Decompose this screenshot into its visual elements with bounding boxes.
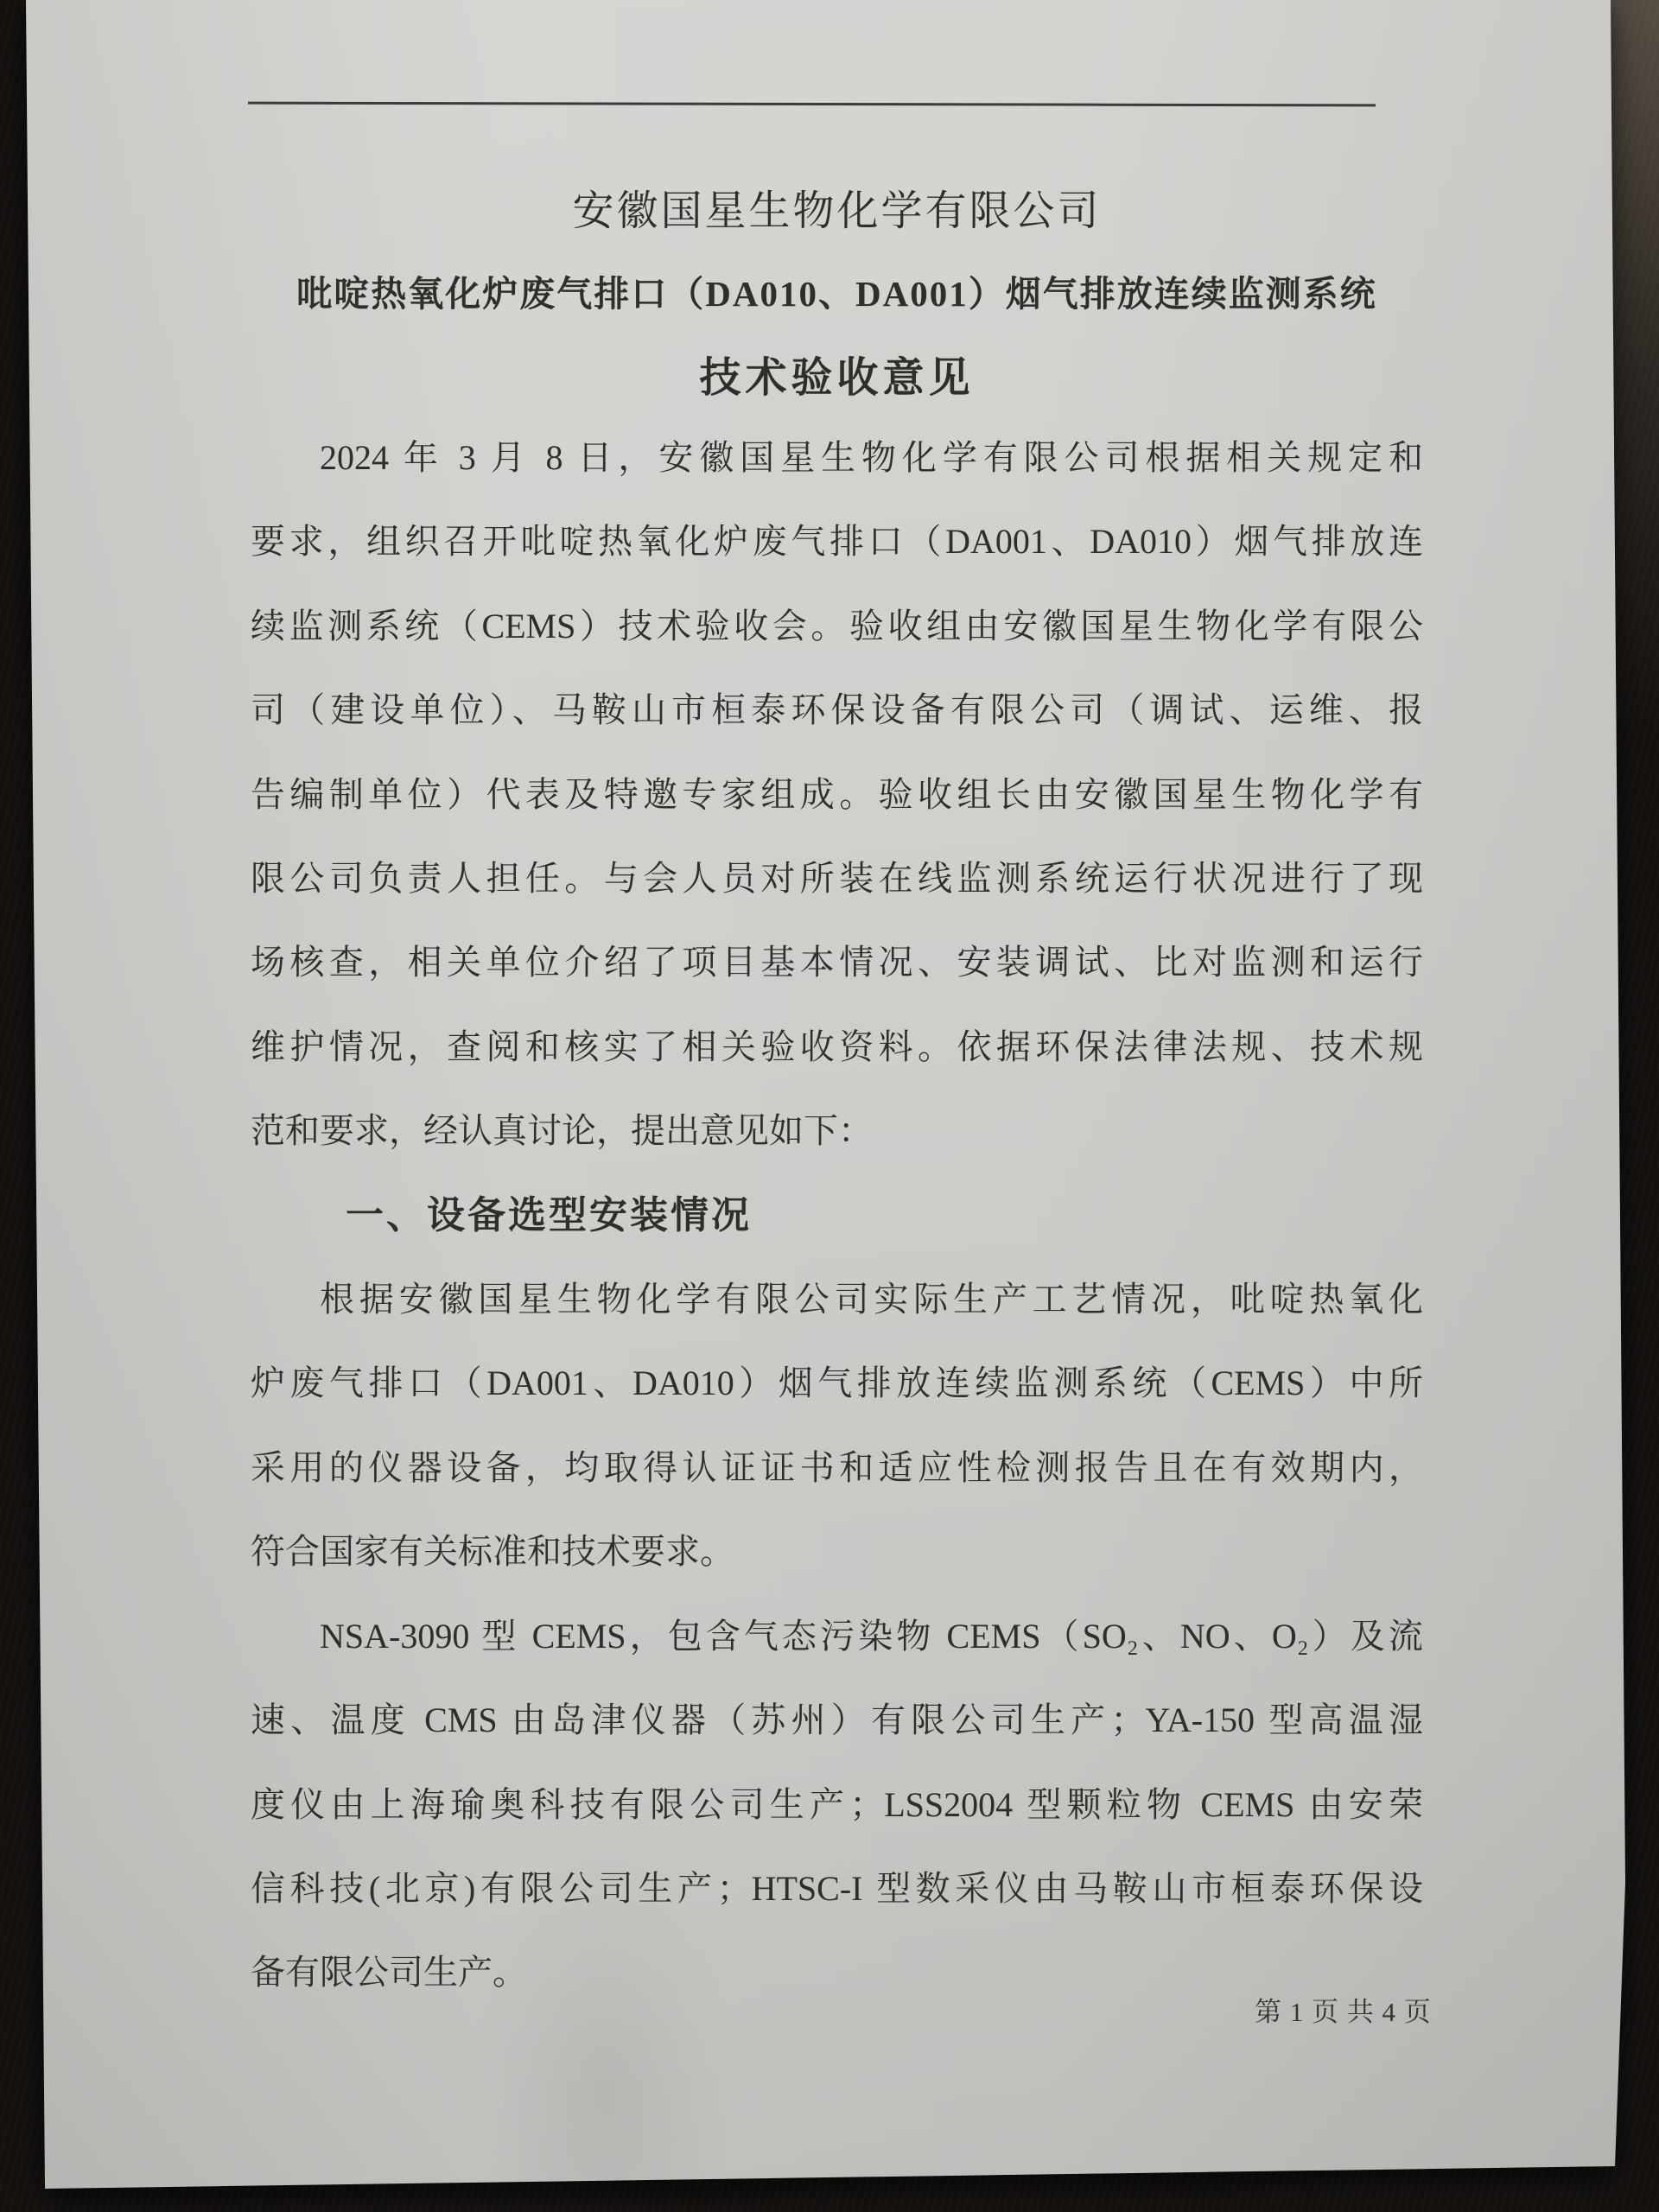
paragraph2-line: 根据安徽国星生物化学有限公司实际生产工艺情况，吡啶热氧化 bbox=[251, 1257, 1423, 1341]
document-content: 安徽国星生物化学有限公司 吡啶热氧化炉废气排口（DA010、DA001）烟气排放… bbox=[0, 0, 1659, 2212]
paragraph1-line: 续监测系统（CEMS）技术验收会。验收组由安徽国星生物化学有限公 bbox=[251, 584, 1423, 668]
paragraph3-line: 备有限公司生产。 bbox=[251, 1930, 1423, 2014]
title-doc-type: 技术验收意见 bbox=[251, 344, 1423, 404]
paragraph1-line: 限公司负责人担任。与会人员对所装在线监测系统运行状况进行了现 bbox=[251, 836, 1423, 920]
paragraph1-line: 场核查，相关单位介绍了项目基本情况、安装调试、比对监测和运行 bbox=[251, 920, 1423, 1004]
paragraph3-line: 信科技(北京)有限公司生产；HTSC-I 型数采仪由马鞍山市桓泰环保设 bbox=[251, 1847, 1423, 1930]
paragraph2-line: 符合国家有关标准和技术要求。 bbox=[251, 1510, 1423, 1593]
page-number: 第 1 页 共 4 页 bbox=[1255, 1990, 1432, 2029]
paragraph1-line: 范和要求，经认真讨论，提出意见如下： bbox=[251, 1089, 1423, 1173]
paragraph1-line: 2024 年 3 月 8 日，安徽国星生物化学有限公司根据相关规定和 bbox=[251, 416, 1423, 499]
paragraph2-line: 采用的仪器设备，均取得认证证书和适应性检测报告且在有效期内， bbox=[251, 1426, 1423, 1510]
header-rule bbox=[248, 102, 1376, 107]
title-company: 安徽国星生物化学有限公司 bbox=[251, 177, 1423, 237]
document-body: 2024 年 3 月 8 日，安徽国星生物化学有限公司根据相关规定和 要求，组织… bbox=[251, 416, 1423, 2015]
title-subject: 吡啶热氧化炉废气排口（DA010、DA001）烟气排放连续监测系统 bbox=[216, 265, 1458, 316]
paragraph3-line: NSA-3090 型 CEMS，包含气态污染物 CEMS（SO₂、NO、O₂）及… bbox=[251, 1594, 1423, 1678]
paragraph2-line: 炉废气排口（DA001、DA010）烟气排放连续监测系统（CEMS）中所 bbox=[251, 1341, 1423, 1425]
paper-shadow-wrap: 安徽国星生物化学有限公司 吡啶热氧化炉废气排口（DA010、DA001）烟气排放… bbox=[0, 0, 1659, 2212]
paragraph1-line: 司（建设单位）、马鞍山市桓泰环保设备有限公司（调试、运维、报 bbox=[251, 668, 1423, 752]
paragraph1-line: 要求，组织召开吡啶热氧化炉废气排口（DA001、DA010）烟气排放连 bbox=[251, 499, 1423, 583]
paper-sheet: 安徽国星生物化学有限公司 吡啶热氧化炉废气排口（DA010、DA001）烟气排放… bbox=[0, 0, 1659, 2212]
paragraph3-line: 速、温度 CMS 由岛津仪器（苏州）有限公司生产；YA-150 型高温湿 bbox=[251, 1678, 1423, 1762]
paragraph1-line: 维护情况，查阅和核实了相关验收资料。依据环保法律法规、技术规 bbox=[251, 1005, 1423, 1089]
paragraph3-line: 度仪由上海瑜奥科技有限公司生产；LSS2004 型颗粒物 CEMS 由安荣 bbox=[251, 1763, 1423, 1847]
section1-heading: 一、设备选型安装情况 bbox=[251, 1173, 1423, 1257]
paragraph1-line: 告编制单位）代表及特邀专家组成。验收组长由安徽国星生物化学有 bbox=[251, 753, 1423, 836]
